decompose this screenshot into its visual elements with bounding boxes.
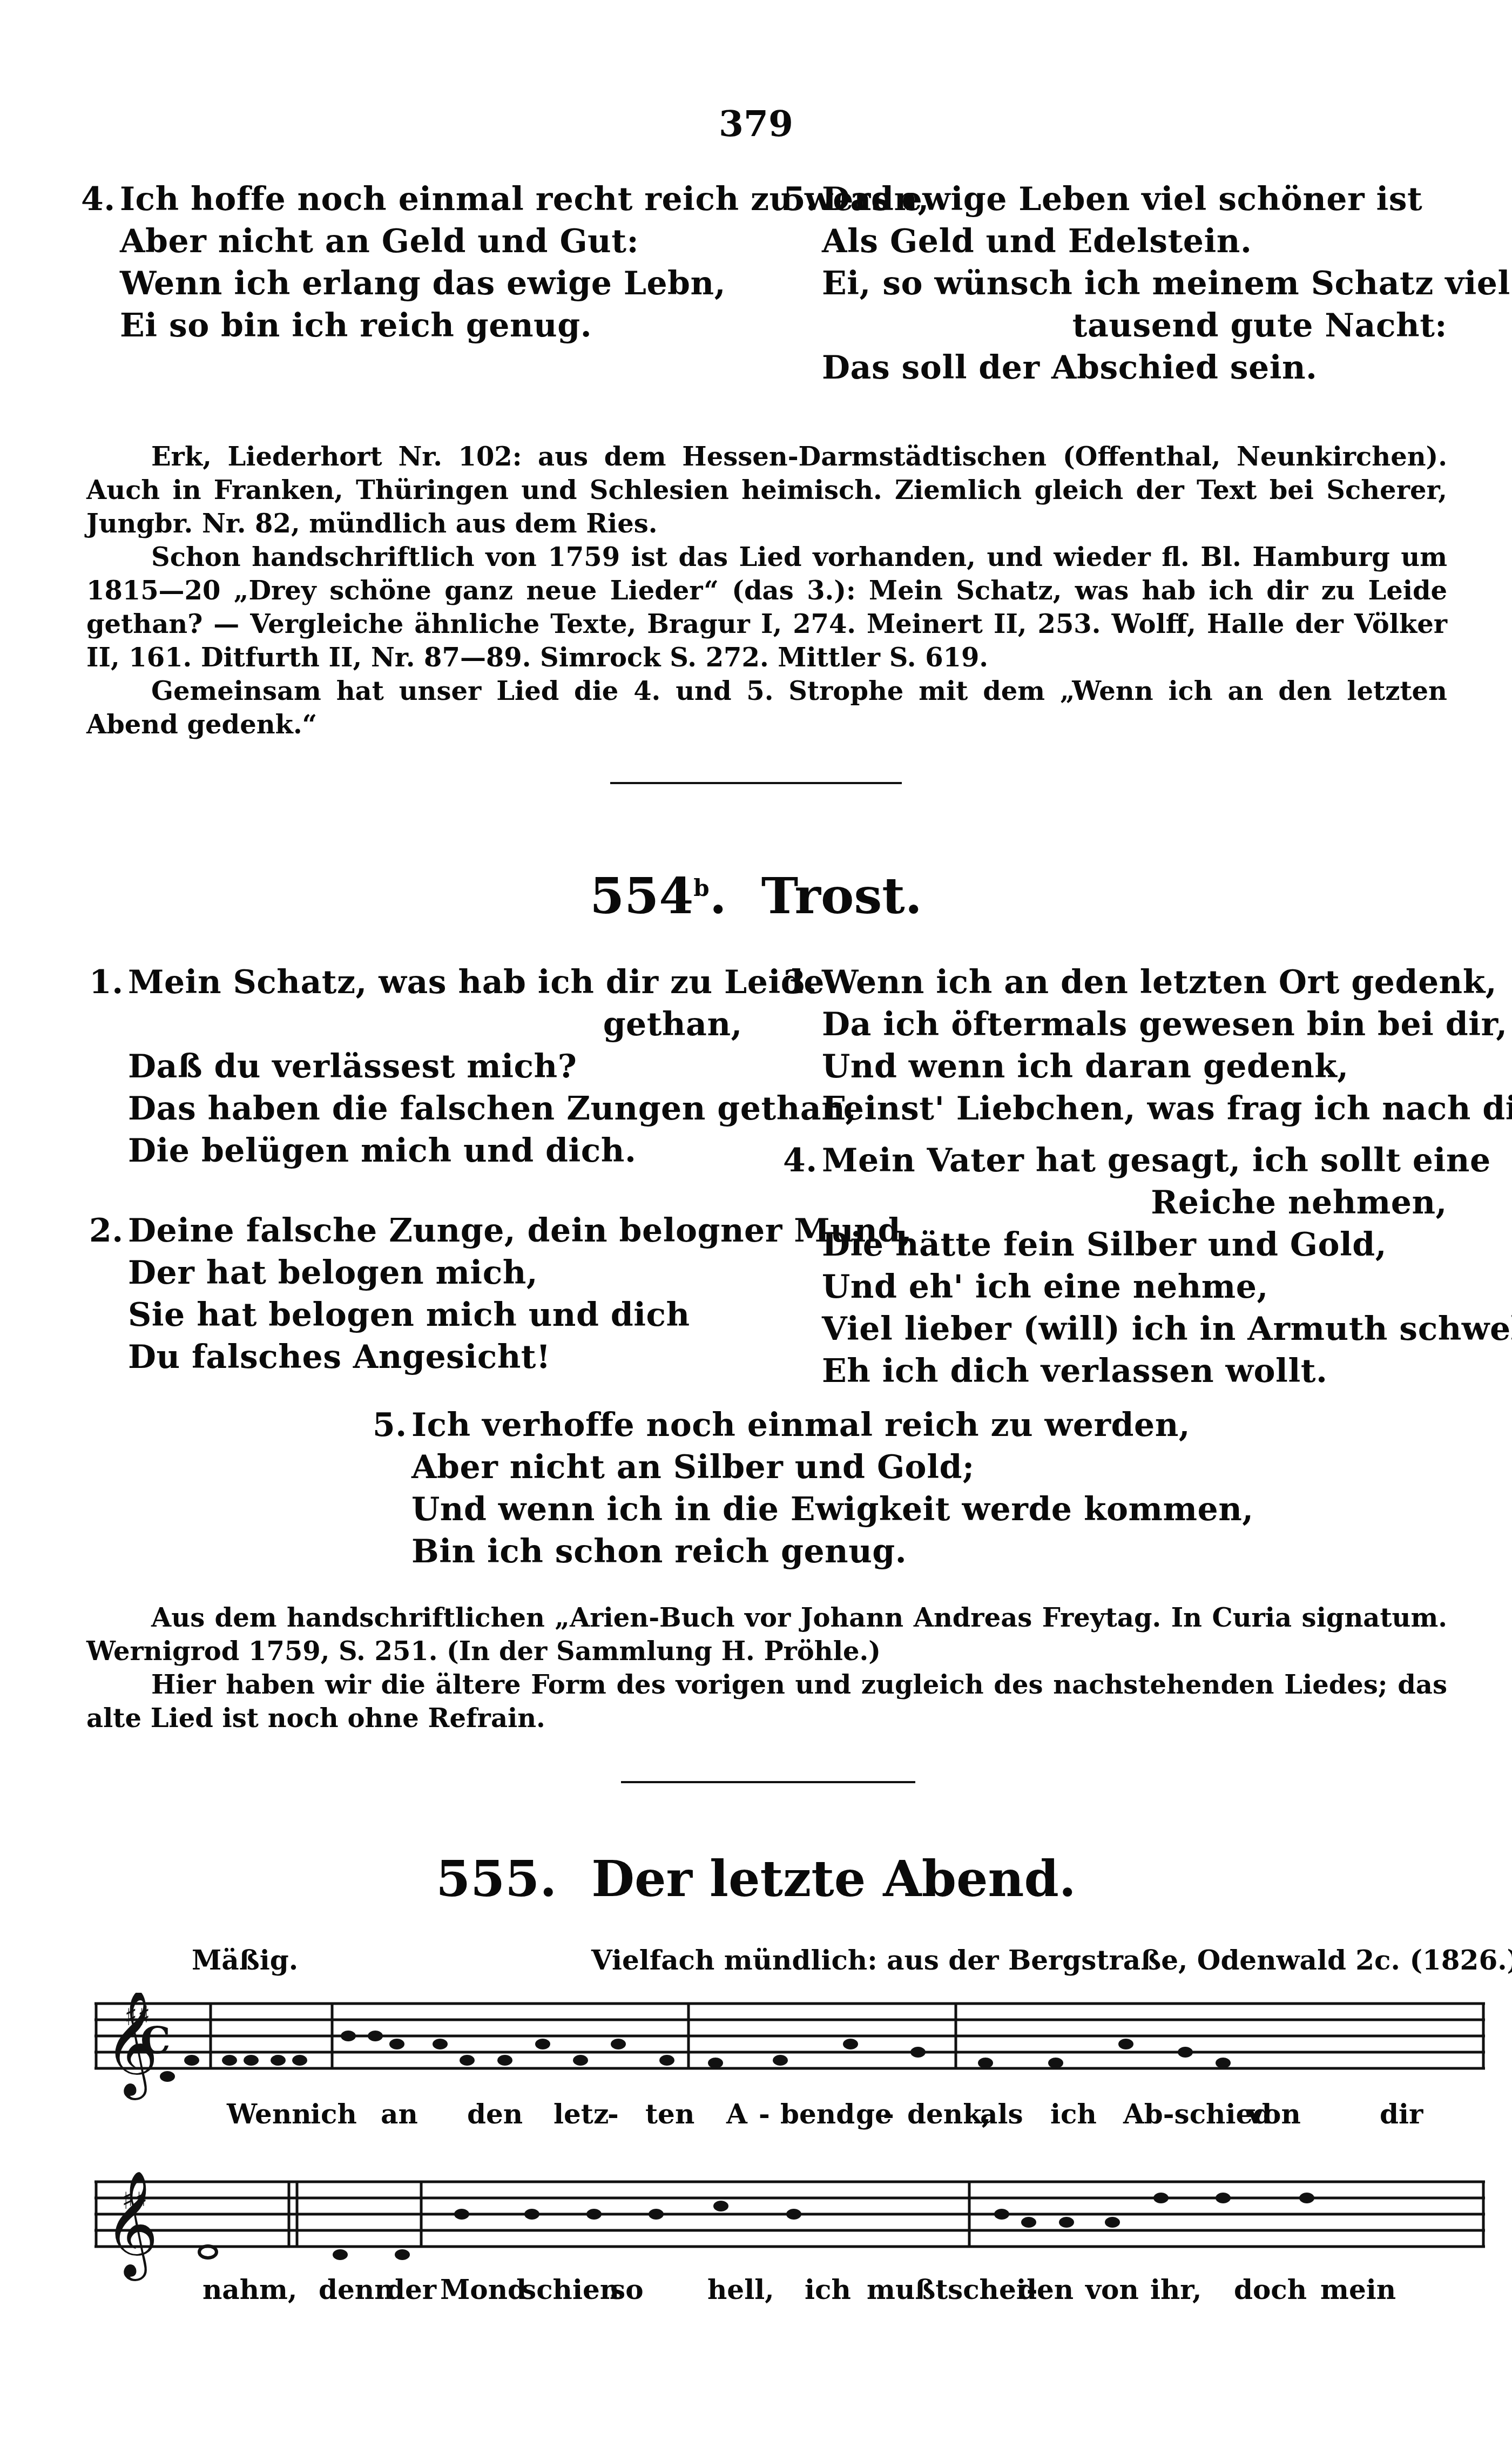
lyric-syllable: A <box>726 2098 747 2130</box>
stanza-3: 3.Wenn ich an den letzten Ort gedenk, Da… <box>783 961 1447 1130</box>
note-paragraph: Gemeinsam hat unser Lied die 4. und 5. S… <box>86 675 1447 741</box>
verse-line: Die hätte fein Silber und Gold, <box>783 1224 1447 1266</box>
lyric-syllable: den <box>1018 2274 1074 2305</box>
verse-line: Und wenn ich daran gedenk, <box>783 1046 1447 1088</box>
svg-text:C: C <box>140 2018 171 2062</box>
stanza-number: 5. <box>783 178 822 220</box>
lyric-syllable: Wenn <box>227 2098 312 2130</box>
lyric-hyphen: - <box>607 2098 619 2130</box>
lyric-syllable: hell, <box>707 2274 774 2305</box>
verse-line: Mein Vater hat gesagt, ich sollt eine <box>822 1142 1491 1179</box>
lyrics-line-1: Wenn ich an den letz - ten A - bend ge -… <box>94 2098 1485 2136</box>
lyric-syllable: ihr, <box>1150 2274 1201 2305</box>
lyric-syllable: Mond <box>440 2274 526 2305</box>
stanza-4-left: 4.Ich hoffe noch einmal recht reich zu w… <box>81 178 756 347</box>
song-title: Trost. <box>761 867 922 925</box>
verse-line: Da ich öftermals gewesen bin bei dir, <box>783 1003 1447 1046</box>
verse-line: Wenn ich erlang das ewige Lebn, <box>81 262 756 305</box>
verse-line: Mein Schatz, was hab ich dir zu Leide <box>128 963 825 1001</box>
verse-line: Aber nicht an Geld und Gut: <box>81 220 756 262</box>
verse-line: Und wenn ich in die Ewigkeit werde komme… <box>373 1488 1183 1530</box>
lyric-hyphen: - <box>759 2098 770 2130</box>
song-title: Der letzte Abend. <box>591 1850 1076 1908</box>
lyric-syllable: doch <box>1234 2274 1307 2305</box>
lyric-syllable: ich <box>310 2098 357 2130</box>
song-number-suffix: b <box>693 875 709 901</box>
verse-line: tausend gute Nacht: <box>783 305 1447 347</box>
note-paragraph: Hier haben wir die ältere Form des vorig… <box>86 1668 1447 1735</box>
stanza-number: 2. <box>89 1210 128 1252</box>
verse-line: Sie hat belogen mich und dich <box>89 1294 742 1336</box>
stanza-1: 1.Mein Schatz, was hab ich dir zu Leide … <box>89 961 742 1172</box>
verse-line: Eh ich dich verlassen wollt. <box>783 1350 1447 1392</box>
tempo-marking: Mäßig. <box>192 1944 298 1976</box>
verse-line: Wenn ich an den letzten Ort gedenk, <box>822 963 1497 1001</box>
lyric-syllable: denk, <box>907 2098 991 2130</box>
lyric-syllable: von <box>1085 2274 1139 2305</box>
lyric-syllable: denn <box>319 2274 394 2305</box>
lyric-syllable: ich <box>1050 2098 1097 2130</box>
song-heading-554b: 554b. Trost. <box>0 867 1512 925</box>
verse-line: Das soll der Abschied sein. <box>783 347 1447 389</box>
lyric-syllable: ten <box>645 2098 694 2130</box>
verse-line: Bin ich schon reich genug. <box>373 1530 1183 1573</box>
page-number: 379 <box>0 103 1512 145</box>
verse-line: Aber nicht an Silber und Gold; <box>373 1446 1183 1488</box>
lyrics-line-2: nahm, denn der Mond schien so hell, ich … <box>94 2274 1485 2311</box>
section-divider <box>610 782 902 784</box>
stanza-2: 2.Deine falsche Zunge, dein belogner Mun… <box>89 1210 742 1378</box>
verse-line: Das ewige Leben viel schöner ist <box>822 180 1422 218</box>
verse-line: Und eh' ich eine nehme, <box>783 1266 1447 1308</box>
lyric-syllable: an <box>381 2098 418 2130</box>
source-notes-553: Erk, Liederhort Nr. 102: aus dem Hessen-… <box>86 440 1447 741</box>
lyric-syllable: bend <box>780 2098 855 2130</box>
section-divider <box>621 1781 915 1783</box>
verse-line: Daß du verlässest mich? <box>89 1046 742 1088</box>
lyric-syllable: der <box>386 2274 436 2305</box>
lyric-syllable: als <box>980 2098 1023 2130</box>
song-number: 555. <box>436 1850 557 1908</box>
lyric-syllable: dir <box>1380 2098 1423 2130</box>
verse-line: Reiche nehmen, <box>783 1182 1447 1224</box>
verse-line: Feinst' Liebchen, was frag ich nach dir? <box>783 1088 1447 1130</box>
verse-line: Die belügen mich und dich. <box>89 1130 742 1172</box>
melody-source: Vielfach mündlich: aus der Bergstraße, O… <box>591 1944 1512 1976</box>
stanza-number: 4. <box>81 178 120 220</box>
lyric-syllable: schien <box>521 2274 619 2305</box>
note-paragraph: Aus dem handschriftlichen „Arien-Buch vo… <box>86 1601 1447 1668</box>
lyric-syllable: von <box>1247 2098 1301 2130</box>
note-paragraph: Schon handschriftlich von 1759 ist das L… <box>86 541 1447 675</box>
lyric-syllable: letz <box>553 2098 609 2130</box>
stanza-5: 5.Ich verhoffe noch einmal reich zu werd… <box>373 1404 1183 1573</box>
stanza-number: 3. <box>783 961 822 1003</box>
stanza-number: 4. <box>783 1139 822 1182</box>
lyric-syllable: ich <box>805 2274 851 2305</box>
source-notes-554b: Aus dem handschriftlichen „Arien-Buch vo… <box>86 1601 1447 1735</box>
verse-line: gethan, <box>89 1003 742 1046</box>
note-paragraph: Erk, Liederhort Nr. 102: aus dem Hessen-… <box>86 440 1447 541</box>
verse-line: Als Geld und Edelstein. <box>783 220 1447 262</box>
lyric-syllable: mußt <box>867 2274 948 2305</box>
song-number: 554 <box>590 867 693 925</box>
stanza-number: 5. <box>373 1404 411 1446</box>
verse-line: Ich verhoffe noch einmal reich zu werden… <box>411 1406 1190 1444</box>
stanza-5-right: 5.Das ewige Leben viel schöner ist Als G… <box>783 178 1447 389</box>
stanza-4: 4.Mein Vater hat gesagt, ich sollt eine … <box>783 1139 1447 1392</box>
verse-line: Das haben die falschen Zungen gethan, <box>89 1088 742 1130</box>
stanza-number: 1. <box>89 961 128 1003</box>
lyric-syllable: nahm, <box>202 2274 297 2305</box>
lyric-syllable: mein <box>1320 2274 1396 2305</box>
svg-text:♯♯: ♯♯ <box>122 2184 147 2215</box>
verse-line: Ei, so wünsch ich meinem Schatz viel <box>783 262 1447 305</box>
verse-line: Ei so bin ich reich genug. <box>81 305 756 347</box>
lyric-syllable: so <box>610 2274 644 2305</box>
lyric-syllable: den <box>467 2098 523 2130</box>
verse-line: Viel lieber (will) ich in Armuth schwebe… <box>783 1308 1447 1350</box>
lyric-hyphen: - <box>883 2098 894 2130</box>
verse-line: Der hat belogen mich, <box>89 1252 742 1294</box>
song-heading-555: 555. Der letzte Abend. <box>0 1850 1512 1908</box>
verse-line: Du falsches Angesicht! <box>89 1336 742 1378</box>
